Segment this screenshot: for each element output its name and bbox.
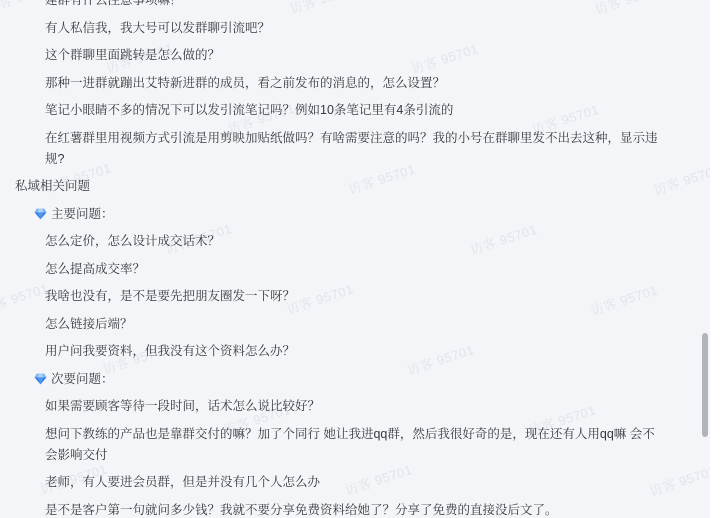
- section-heading: 私域相关问题: [15, 176, 710, 197]
- topic-label-text: 主要问题：: [51, 204, 114, 225]
- question-paragraph: 是不是客户第一句就问多少钱？我就不要分享免费资料给她了？分享了免费的直接没后文了…: [45, 500, 667, 518]
- document-page: 访客 95701 访客 95701 建群有什么注意事项嘛？ 有人私信我，我大号可…: [0, 0, 710, 518]
- question-paragraph: 我啥也没有，是不是要先把朋友圈发一下呀？: [45, 286, 667, 307]
- topic-label-primary: 主要问题：: [34, 204, 710, 225]
- topic-label-text: 次要问题：: [51, 369, 114, 390]
- question-paragraph: 想问下教练的产品也是靠群交付的嘛？加了个同行 她让我进qq群，然后我很好奇的是，…: [45, 424, 667, 466]
- question-paragraph: 怎么定价，怎么设计成交话术？: [45, 231, 667, 252]
- scrollbar-thumb[interactable]: [702, 333, 708, 437]
- question-paragraph: 在红薯群里用视频方式引流是用剪映加贴纸做吗？有啥需要注意的吗？我的小号在群聊里发…: [45, 128, 667, 170]
- question-paragraph: 笔记小眼睛不多的情况下可以发引流笔记吗？例如10条笔记里有4条引流的: [45, 100, 667, 121]
- document-body: 建群有什么注意事项嘛？ 有人私信我，我大号可以发群聊引流吧？ 这个群聊里面跳转是…: [0, 0, 710, 518]
- topic-label-secondary: 次要问题：: [34, 369, 710, 390]
- question-paragraph: 怎么链接后端？: [45, 314, 667, 335]
- gem-icon: [34, 373, 47, 385]
- gem-icon: [34, 208, 47, 220]
- question-paragraph: 老师，有人要进会员群，但是并没有几个人怎么办: [45, 472, 667, 493]
- side-panel-edge: [710, 0, 720, 518]
- question-paragraph: 用户问我要资料，但我没有这个资料怎么办？: [45, 341, 667, 362]
- question-paragraph: 如果需要顾客等待一段时间，话术怎么说比较好？: [45, 396, 667, 417]
- question-paragraph: 那种一进群就蹦出艾特新进群的成员，看之前发布的消息的，怎么设置？: [45, 73, 667, 94]
- question-paragraph: 这个群聊里面跳转是怎么做的？: [45, 45, 667, 66]
- question-paragraph: 怎么提高成交率？: [45, 259, 667, 280]
- question-paragraph: 建群有什么注意事项嘛？: [45, 0, 667, 11]
- question-paragraph: 有人私信我，我大号可以发群聊引流吧？: [45, 18, 667, 39]
